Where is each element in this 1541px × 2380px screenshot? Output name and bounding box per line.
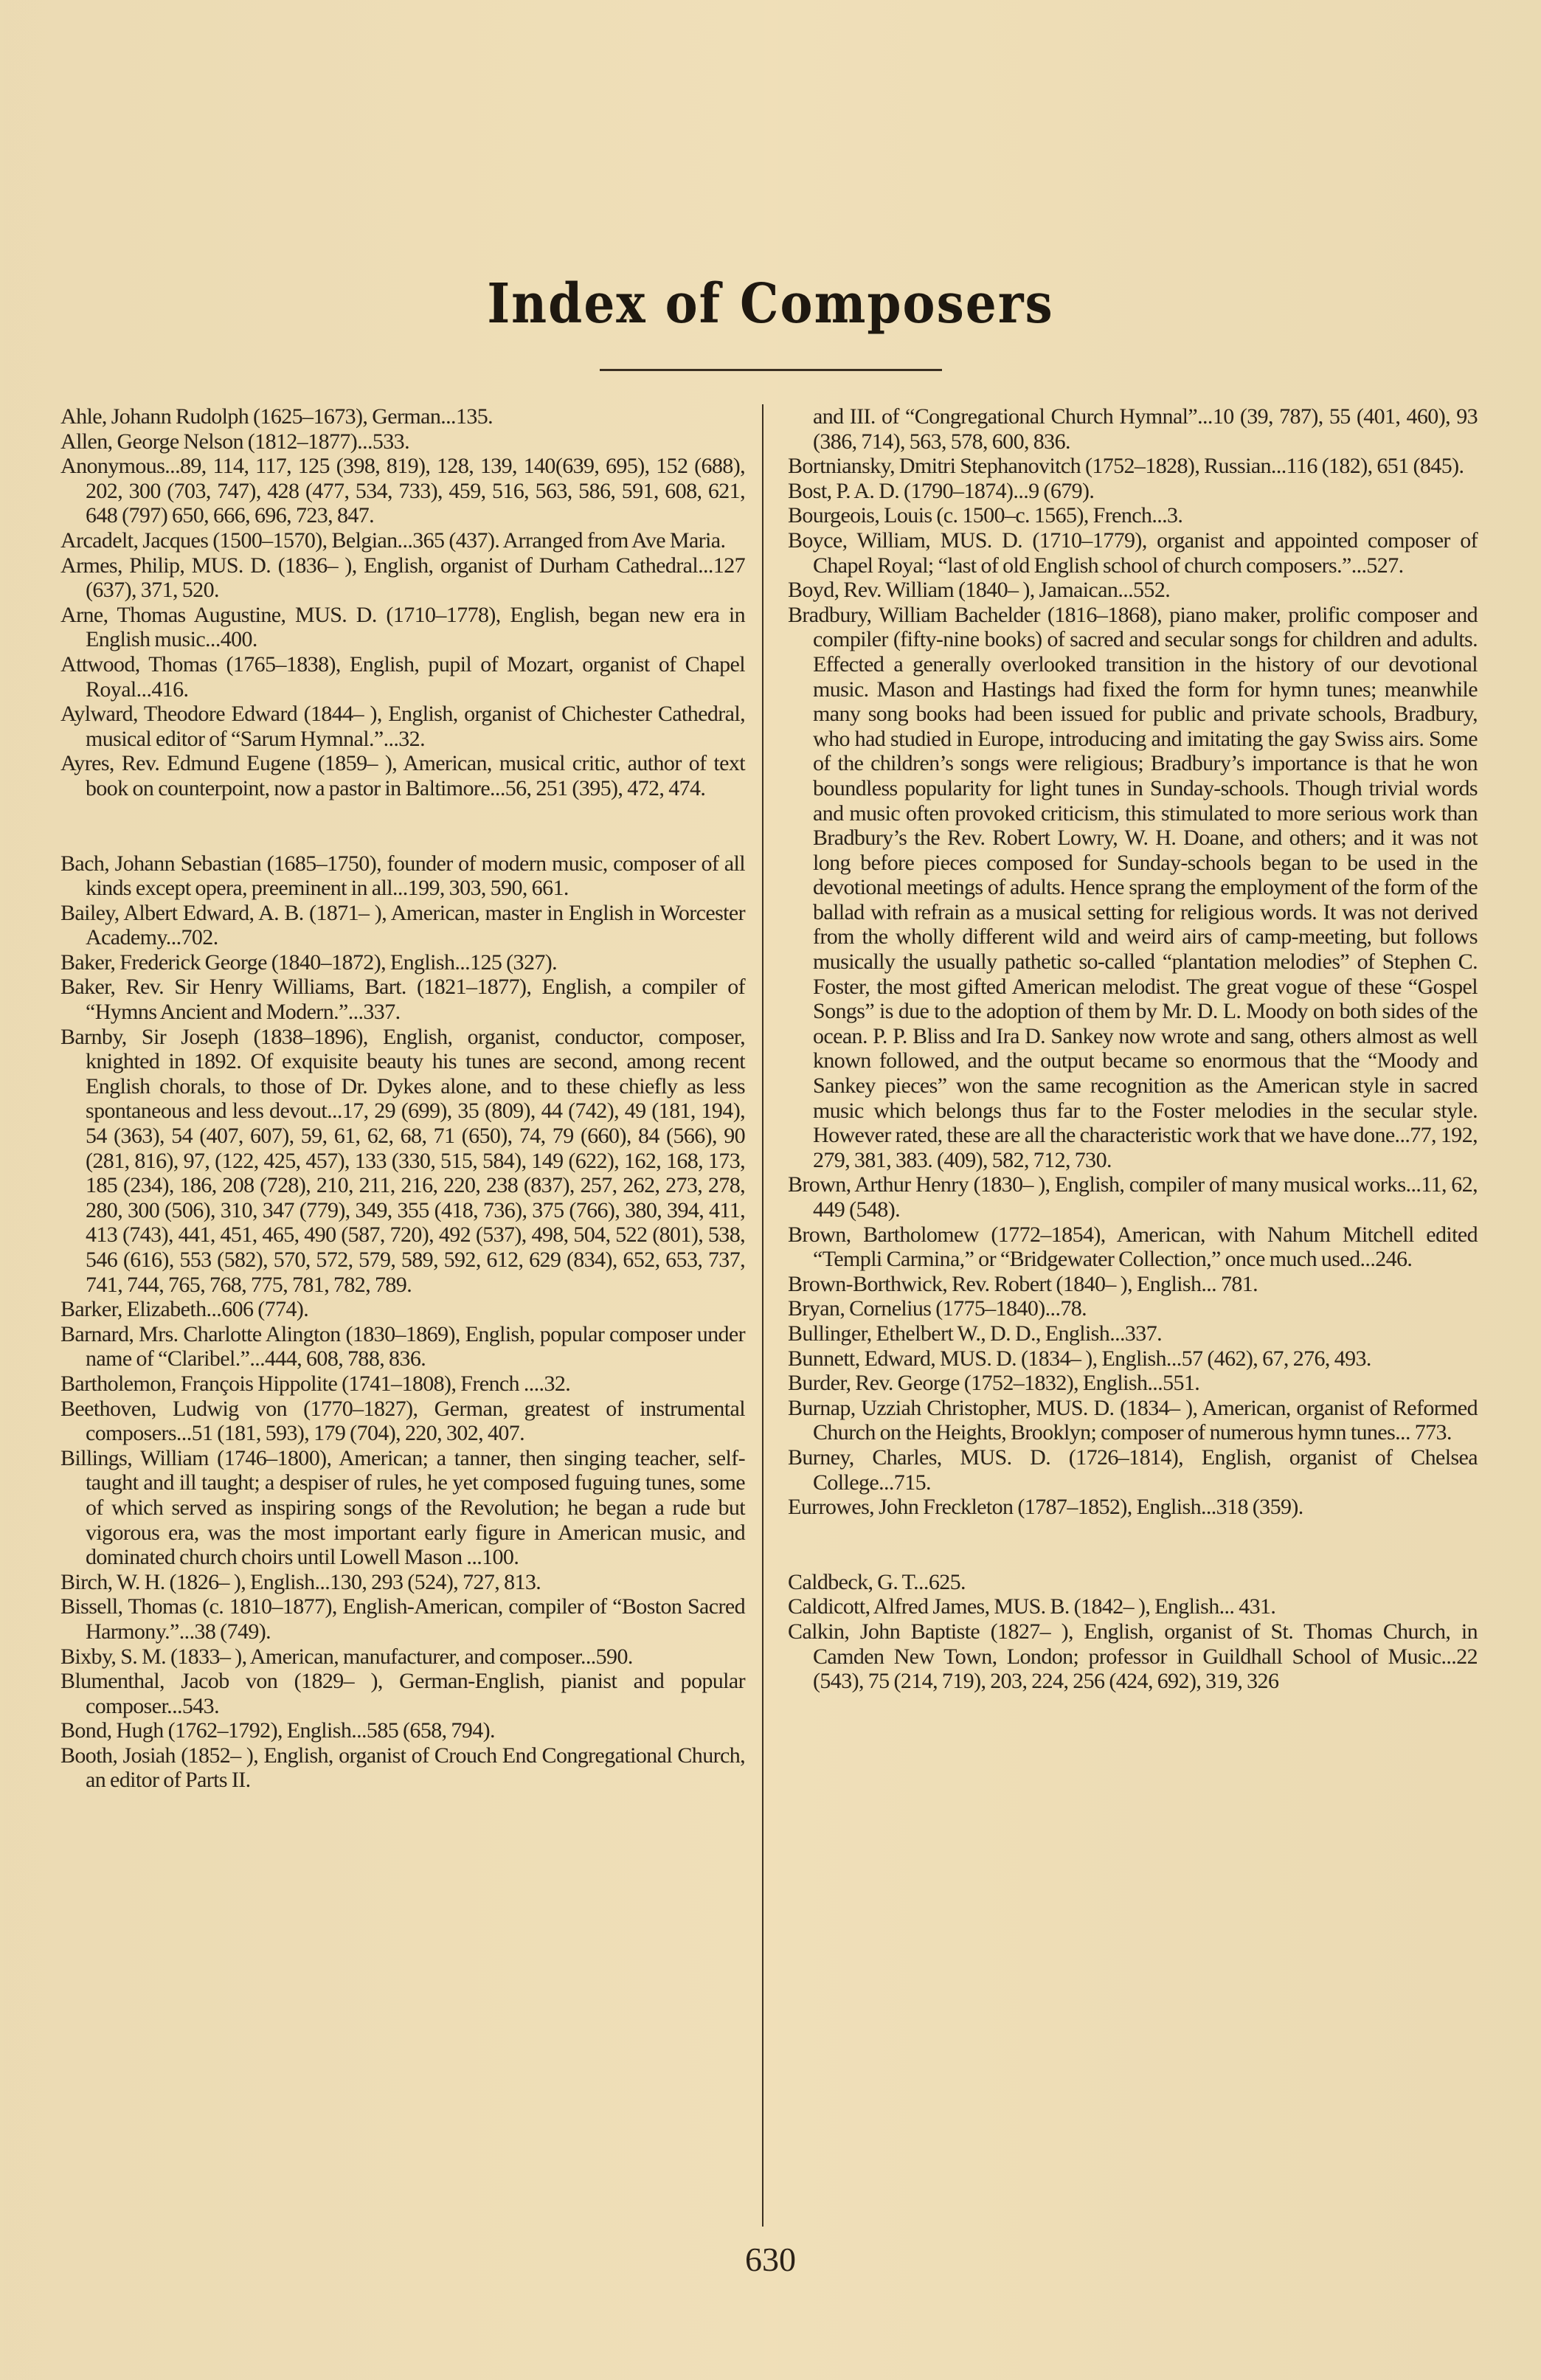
letter-section-gap xyxy=(60,801,745,851)
page-title: Index of Composers xyxy=(0,271,1541,335)
index-entry-barnby: Barnby, Sir Joseph (1838–1896), English,… xyxy=(60,1025,745,1298)
index-entry-bortniansky: Bortniansky, Dmitri Stephanovitch (1752–… xyxy=(788,454,1478,479)
index-entry-brown-arthur: Brown, Arthur Henry (1830– ), English, c… xyxy=(788,1172,1478,1222)
index-entry-bourgeois: Bourgeois, Louis (c. 1500–c. 1565), Fren… xyxy=(788,503,1478,528)
index-entry-caldicott: Caldicott, Alfred James, MUS. B. (1842– … xyxy=(788,1594,1478,1619)
index-entry-boyce: Boyce, William, MUS. D. (1710–1779), org… xyxy=(788,528,1478,578)
index-entry-bond: Bond, Hugh (1762–1792), English...585 (6… xyxy=(60,1718,745,1743)
index-entry-blumenthal: Blumenthal, Jacob von (1829– ), German-E… xyxy=(60,1669,745,1718)
index-entry-ayres: Ayres, Rev. Edmund Eugene (1859– ), Amer… xyxy=(60,751,745,800)
index-entry-bost: Bost, P. A. D. (1790–1874)...9 (679). xyxy=(788,479,1478,504)
index-entry-beethoven: Beethoven, Ludwig von (1770–1827), Germa… xyxy=(60,1397,745,1446)
index-entry-bissell: Bissell, Thomas (c. 1810–1877), English-… xyxy=(60,1594,745,1644)
right-column: and III. of “Congregational Church Hymna… xyxy=(788,404,1478,1694)
index-entry-bryan: Bryan, Cornelius (1775–1840)...78. xyxy=(788,1296,1478,1321)
letter-section-gap xyxy=(788,1520,1478,1570)
index-entry-bach: Bach, Johann Sebastian (1685–1750), foun… xyxy=(60,851,745,901)
index-entry-bailey: Bailey, Albert Edward, A. B. (1871– ), A… xyxy=(60,901,745,950)
index-entry-allen: Allen, George Nelson (1812–1877)...533. xyxy=(60,429,745,454)
title-rule-divider xyxy=(600,369,942,371)
index-entry-bradbury: Bradbury, William Bachelder (1816–1868),… xyxy=(788,603,1478,1173)
index-entry-barnard: Barnard, Mrs. Charlotte Alington (1830–1… xyxy=(60,1322,745,1371)
column-divider xyxy=(762,404,763,2227)
index-entry-bunnett: Bunnett, Edward, MUS. D. (1834– ), Engli… xyxy=(788,1346,1478,1371)
page-number: 630 xyxy=(0,2240,1541,2279)
index-entry-bullinger: Bullinger, Ethelbert W., D. D., English.… xyxy=(788,1321,1478,1346)
index-entry-caldbeck: Caldbeck, G. T...625. xyxy=(788,1570,1478,1595)
index-entry-boyd: Boyd, Rev. William (1840– ), Jamaican...… xyxy=(788,578,1478,603)
index-entry-burney: Burney, Charles, MUS. D. (1726–1814), En… xyxy=(788,1445,1478,1495)
left-column: Ahle, Johann Rudolph (1625–1673), German… xyxy=(60,404,745,1793)
index-entry-booth-continued: and III. of “Congregational Church Hymna… xyxy=(788,404,1478,454)
index-entry-brown-bartholomew: Brown, Bartholomew (1772–1854), American… xyxy=(788,1222,1478,1272)
index-entry-baker-frederick: Baker, Frederick George (1840–1872), Eng… xyxy=(60,950,745,975)
index-entry-calkin: Calkin, John Baptiste (1827– ), English,… xyxy=(788,1619,1478,1694)
index-entry-arne: Arne, Thomas Augustine, MUS. D. (1710–17… xyxy=(60,603,745,652)
index-entry-burder: Burder, Rev. George (1752–1832), English… xyxy=(788,1371,1478,1396)
index-entry-burrowes: Eurrowes, John Freckleton (1787–1852), E… xyxy=(788,1495,1478,1520)
index-entry-aylward: Aylward, Theodore Edward (1844– ), Engli… xyxy=(60,702,745,751)
index-entry-billings: Billings, William (1746–1800), American;… xyxy=(60,1446,745,1570)
index-entry-armes: Armes, Philip, MUS. D. (1836– ), English… xyxy=(60,553,745,603)
index-entry-bartholemon: Bartholemon, François Hippolite (1741–18… xyxy=(60,1371,745,1397)
index-entry-baker-henry: Baker, Rev. Sir Henry Williams, Bart. (1… xyxy=(60,975,745,1024)
index-entry-birch: Birch, W. H. (1826– ), English...130, 29… xyxy=(60,1570,745,1595)
index-entry-ahle: Ahle, Johann Rudolph (1625–1673), German… xyxy=(60,404,745,429)
index-entry-brown-borthwick: Brown-Borthwick, Rev. Robert (1840– ), E… xyxy=(788,1272,1478,1297)
index-entry-bixby: Bixby, S. M. (1833– ), American, manufac… xyxy=(60,1644,745,1670)
index-entry-arcadelt: Arcadelt, Jacques (1500–1570), Belgian..… xyxy=(60,528,745,553)
index-entry-attwood: Attwood, Thomas (1765–1838), English, pu… xyxy=(60,652,745,702)
index-entry-anonymous: Anonymous...89, 114, 117, 125 (398, 819)… xyxy=(60,454,745,528)
index-entry-booth: Booth, Josiah (1852– ), English, organis… xyxy=(60,1743,745,1793)
index-entry-burnap: Burnap, Uzziah Christopher, MUS. D. (183… xyxy=(788,1396,1478,1445)
index-entry-barker: Barker, Elizabeth...606 (774). xyxy=(60,1297,745,1322)
